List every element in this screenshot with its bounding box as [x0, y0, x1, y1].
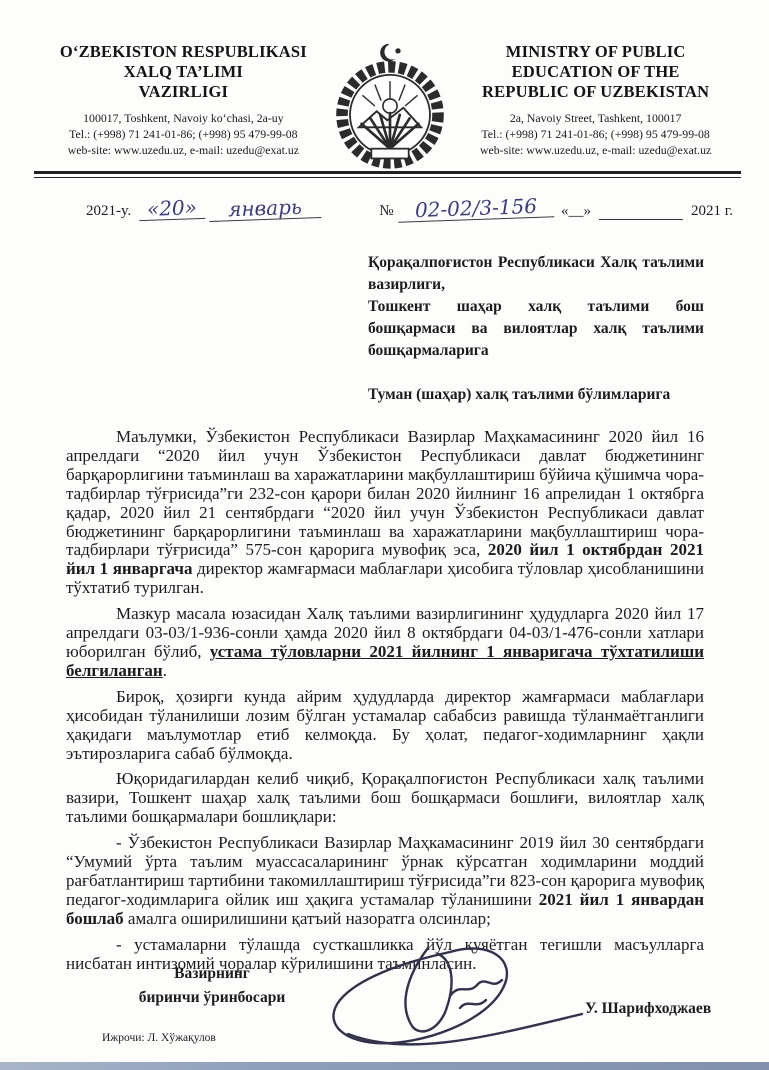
emblem-container [331, 42, 449, 170]
ministry-title-en-line: EDUCATION OF THE [448, 62, 743, 82]
paragraph-3: Бироқ, ҳозирги кунда айрим ҳудудларда ди… [66, 688, 704, 764]
signer-name: У. Шарифходжаев [585, 1000, 711, 1018]
paragraph-2-text-end: . [163, 661, 167, 680]
letterhead-right-column: MINISTRY OF PUBLIC EDUCATION OF THE REPU… [448, 42, 743, 170]
executor-line: Ижрочи: Л. Хўжақулов [102, 1032, 216, 1044]
handwritten-month: январь [209, 196, 322, 222]
paragraph-2: Мазкур масала юзасидан Халқ таълими вази… [66, 605, 704, 681]
addressee-tashkent-regions: Тошкент шаҳар халқ таълими бош бошқармас… [368, 296, 704, 362]
ministry-title-en-line: MINISTRY OF PUBLIC [448, 42, 743, 62]
letterhead: O‘ZBEKISTON RESPUBLIKASI XALQ TA’LIMI VA… [36, 42, 743, 170]
contact-info-uz: 100017, Toshkent, Navoiy ko‘chasi, 2a-uy… [36, 111, 331, 158]
date-year-left: 2021-y. [86, 203, 131, 220]
ministry-title-en: MINISTRY OF PUBLIC EDUCATION OF THE REPU… [448, 42, 743, 102]
addressee-block: Қорақалпоғистон Республикаси Халқ таълим… [368, 252, 704, 406]
header-divider-rule [34, 171, 741, 178]
ministry-title-uz: O‘ZBEKISTON RESPUBLIKASI XALQ TA’LIMI VA… [36, 42, 331, 102]
signer-title-line: биринчи ўринбосари [96, 986, 328, 1010]
addressee-district-departments: Туман (шаҳар) халқ таълими бўлимларига [368, 384, 704, 406]
signer-title: Вазирнинг биринчи ўринбосари [96, 962, 328, 1010]
ministry-title-uz-line: O‘ZBEKISTON RESPUBLIKASI [36, 42, 331, 62]
bullet-1-text-end: амалга оширилишини қатъий назоратга олси… [124, 909, 491, 928]
blank-month-line [599, 205, 683, 220]
handwritten-document-number: 02-02/3-156 [397, 195, 554, 222]
signer-title-line: Вазирнинг [96, 962, 328, 986]
uzbekistan-coat-of-arms-icon [332, 42, 448, 170]
letter-body: Маълумки, Ўзбекистон Республикаси Вазирл… [66, 428, 704, 980]
phone-en: Tel.: (+998) 71 241-01-86; (+998) 95 479… [448, 127, 743, 143]
handwritten-signature-icon [300, 938, 600, 1058]
letterhead-left-column: O‘ZBEKISTON RESPUBLIKASI XALQ TA’LIMI VA… [36, 42, 331, 170]
ministry-title-uz-line: VAZIRLIGI [36, 82, 331, 102]
ministry-title-uz-line: XALQ TA’LIMI [36, 62, 331, 82]
address-en: 2a, Navoiy Street, Tashkent, 100017 [448, 111, 743, 127]
handwritten-day: «20» [139, 197, 206, 221]
date-year-right: 2021 г. [691, 203, 733, 220]
date-number-line: 2021-y. «20» январь № 02-02/3-156 «__» 2… [86, 186, 733, 220]
ministry-title-en-line: REPUBLIC OF UZBEKISTAN [448, 82, 743, 102]
website-email-en: web-site: www.uzedu.uz, e-mail: uzedu@ex… [448, 143, 743, 159]
paragraph-4: Юқоридагилардан келиб чиқиб, Қорақалпоғи… [66, 770, 704, 827]
website-email-uz: web-site: www.uzedu.uz, e-mail: uzedu@ex… [36, 143, 331, 159]
paragraph-1: Маълумки, Ўзбекистон Республикаси Вазирл… [66, 428, 704, 598]
contact-info-en: 2a, Navoiy Street, Tashkent, 100017 Tel.… [448, 111, 743, 158]
addressee-karakalpakstan: Қорақалпоғистон Республикаси Халқ таълим… [368, 252, 704, 296]
blank-day-quotes: «__» [561, 203, 591, 220]
address-uz: 100017, Toshkent, Navoiy ko‘chasi, 2a-uy [36, 111, 331, 127]
number-sign: № [379, 203, 393, 220]
phone-uz: Tel.: (+998) 71 241-01-86; (+998) 95 479… [36, 127, 331, 143]
scanned-letter-page: O‘ZBEKISTON RESPUBLIKASI XALQ TA’LIMI VA… [0, 0, 769, 1070]
bullet-1: - Ўзбекистон Республикаси Вазирлар Маҳка… [66, 834, 704, 929]
scan-edge-strip [0, 1062, 769, 1070]
